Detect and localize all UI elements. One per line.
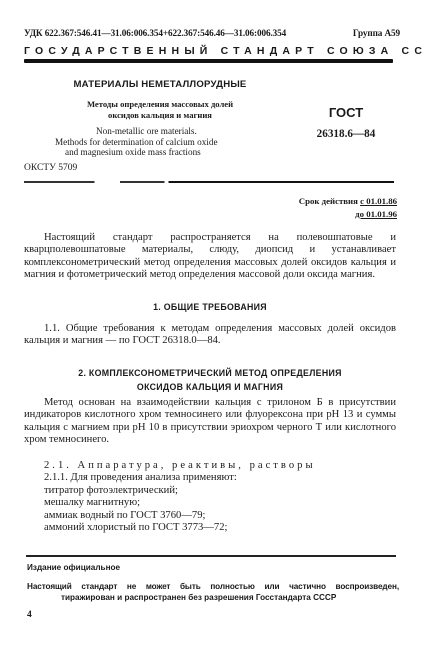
apparatus-list: 2.1. Аппаратура, реактивы, растворы 2.1.…: [24, 460, 396, 534]
list-item: мешалку магнитную;: [24, 497, 396, 509]
english-subtitle-line: Methods for determination of calcium oxi…: [40, 137, 260, 148]
list-item: титратор фотоэлектрический;: [24, 485, 396, 497]
russian-subtitle: Методы определения массовых долей оксидо…: [60, 99, 260, 120]
gost-number: 26318.6—84: [290, 128, 402, 140]
section-2-heading: 2. КОМПЛЕКСОНОМЕТРИЧЕСКИЙ МЕТОД ОПРЕДЕЛЕ…: [24, 367, 396, 394]
list-item: аммиак водный по ГОСТ 3760—79;: [24, 510, 396, 522]
list-item: аммоний хлористый по ГОСТ 3773—72;: [24, 522, 396, 534]
official-edition-label: Издание официальное: [27, 563, 120, 572]
russian-subtitle-line: оксидов кальция и магния: [60, 110, 260, 121]
copyright-notice: Настоящий стандарт не может быть полност…: [27, 581, 399, 603]
udk-code: УДК 622.367:546.41—31.06:006.354+622.367…: [24, 28, 286, 38]
validity-period: Срок действия с 01.01.86 до 01.01.96: [220, 195, 397, 221]
russian-subtitle-line: Методы определения массовых долей: [60, 99, 260, 110]
section-2-heading-line: 2. КОМПЛЕКСОНОМЕТРИЧЕСКИЙ МЕТОД ОПРЕДЕЛЕ…: [24, 367, 396, 381]
intro-paragraph: Настоящий стандарт распространяется на п…: [24, 232, 396, 282]
state-standard-banner: ГОСУДАРСТВЕННЫЙ СТАНДАРТ СОЮЗА СС: [24, 45, 400, 57]
okstu-code: ОКСТУ 5709: [24, 163, 77, 173]
page-number: 4: [27, 610, 32, 620]
header-rule: [24, 59, 393, 63]
validity-from: с 01.01.86: [360, 196, 397, 206]
validity-label: Срок действия: [299, 196, 358, 206]
section-1-heading: 1. ОБЩИЕ ТРЕБОВАНИЯ: [24, 302, 396, 312]
section-2-heading-line: ОКСИДОВ КАЛЬЦИЯ И МАГНИЯ: [24, 381, 396, 395]
validity-to: до 01.01.96: [355, 209, 397, 219]
subsection-2-1-heading: 2.1. Аппаратура, реактивы, растворы: [24, 460, 396, 472]
udk-line: УДК 622.367:546.41—31.06:006.354+622.367…: [24, 28, 400, 38]
title-rule: [24, 181, 394, 183]
english-subtitle-line: and magnesium oxide mass fractions: [40, 147, 260, 158]
copyright-notice-line: тиражирован и распространен без разрешен…: [27, 592, 399, 603]
group-code: Группа А59: [353, 28, 400, 38]
section-1-1-paragraph: 1.1. Общие требования к методам определе…: [24, 323, 396, 348]
english-subtitle: Non-metallic ore materials. Methods for …: [40, 126, 260, 158]
subsection-2-1-1: 2.1.1. Для проведения анализа применяют:: [24, 472, 396, 484]
gost-label: ГОСТ: [296, 105, 396, 120]
english-subtitle-line: Non-metallic ore materials.: [40, 126, 260, 137]
copyright-notice-line: Настоящий стандарт не может быть полност…: [27, 581, 399, 592]
footer-rule: [26, 555, 396, 557]
document-title: МАТЕРИАЛЫ НЕМЕТАЛЛОРУДНЫЕ: [60, 79, 260, 90]
section-2-paragraph: Метод основан на взаимодействии кальция …: [24, 397, 396, 447]
